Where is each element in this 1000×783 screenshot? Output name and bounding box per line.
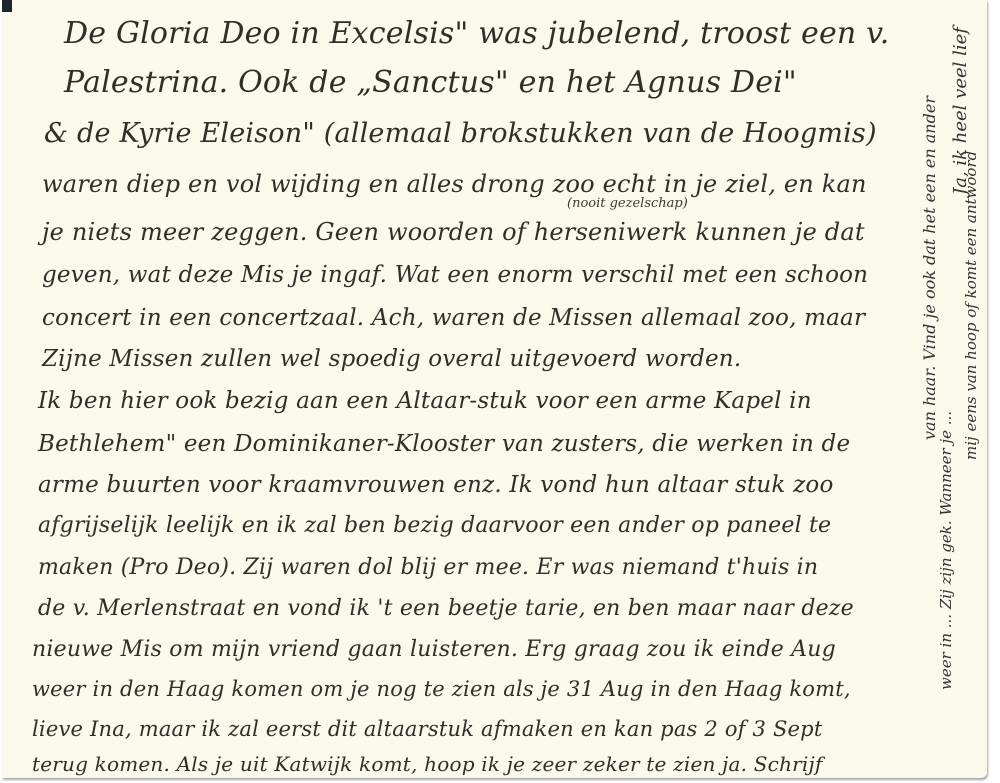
letter-line-1: De Gloria Deo in Excelsis" was jubelend,… [64,16,890,51]
letter-line-12: afgrijselijk leelijk en ik zal ben bezig… [38,513,831,538]
letter-line-15: nieuwe Mis om mijn vriend gaan luisteren… [32,637,836,662]
letter-line-6: geven, wat deze Mis je ingaf. Wat een en… [42,262,868,288]
letter-line-10: Bethlehem" een Dominikaner-Klooster van … [38,431,850,457]
letter-line-13: maken (Pro Deo). Zij waren dol blij er m… [38,555,818,580]
letter-line-7: concert in een concertzaal. Ach, waren d… [42,305,865,331]
letter-line-14: de v. Merlenstraat en vond ik 't een bee… [38,596,854,621]
letter-line-2: Palestrina. Ook de „Sanctus" en het Agnu… [64,65,797,100]
letter-line-9: Ik ben hier ook bezig aan een Altaar-stu… [38,388,812,414]
interlinear-insertion: (nooit gezelschap) [567,196,688,211]
margin-note-4: weer in ... Zij zijn gek. Wanneer je ... [937,411,955,690]
letter-line-11: arme buurten voor kraamvrouwen enz. Ik v… [38,472,834,498]
margin-note-3: mij eens van hoop of komt een antwoord [962,151,980,460]
letter-line-16: weer in den Haag komen om je nog te zien… [32,677,851,701]
letter-line-3: & de Kyrie Eleison" (allemaal brokstukke… [44,118,877,149]
letter-line-18: terug komen. Als je uit Katwijk komt, ho… [32,752,823,776]
letter-line-8: Zijne Missen zullen wel spoedig overal u… [42,346,741,372]
letter-line-4: waren diep en vol wijding en alles drong… [42,170,867,198]
margin-note-2: van haar. Vind je ook dat het een en and… [920,96,939,440]
postcard: De Gloria Deo in Excelsis" was jubelend,… [2,0,987,778]
letter-line-17: lieve Ina, maar ik zal eerst dit altaars… [32,717,822,741]
letter-line-5: je niets meer zeggen. Geen woorden of he… [42,218,865,246]
photo-corner [2,0,12,12]
